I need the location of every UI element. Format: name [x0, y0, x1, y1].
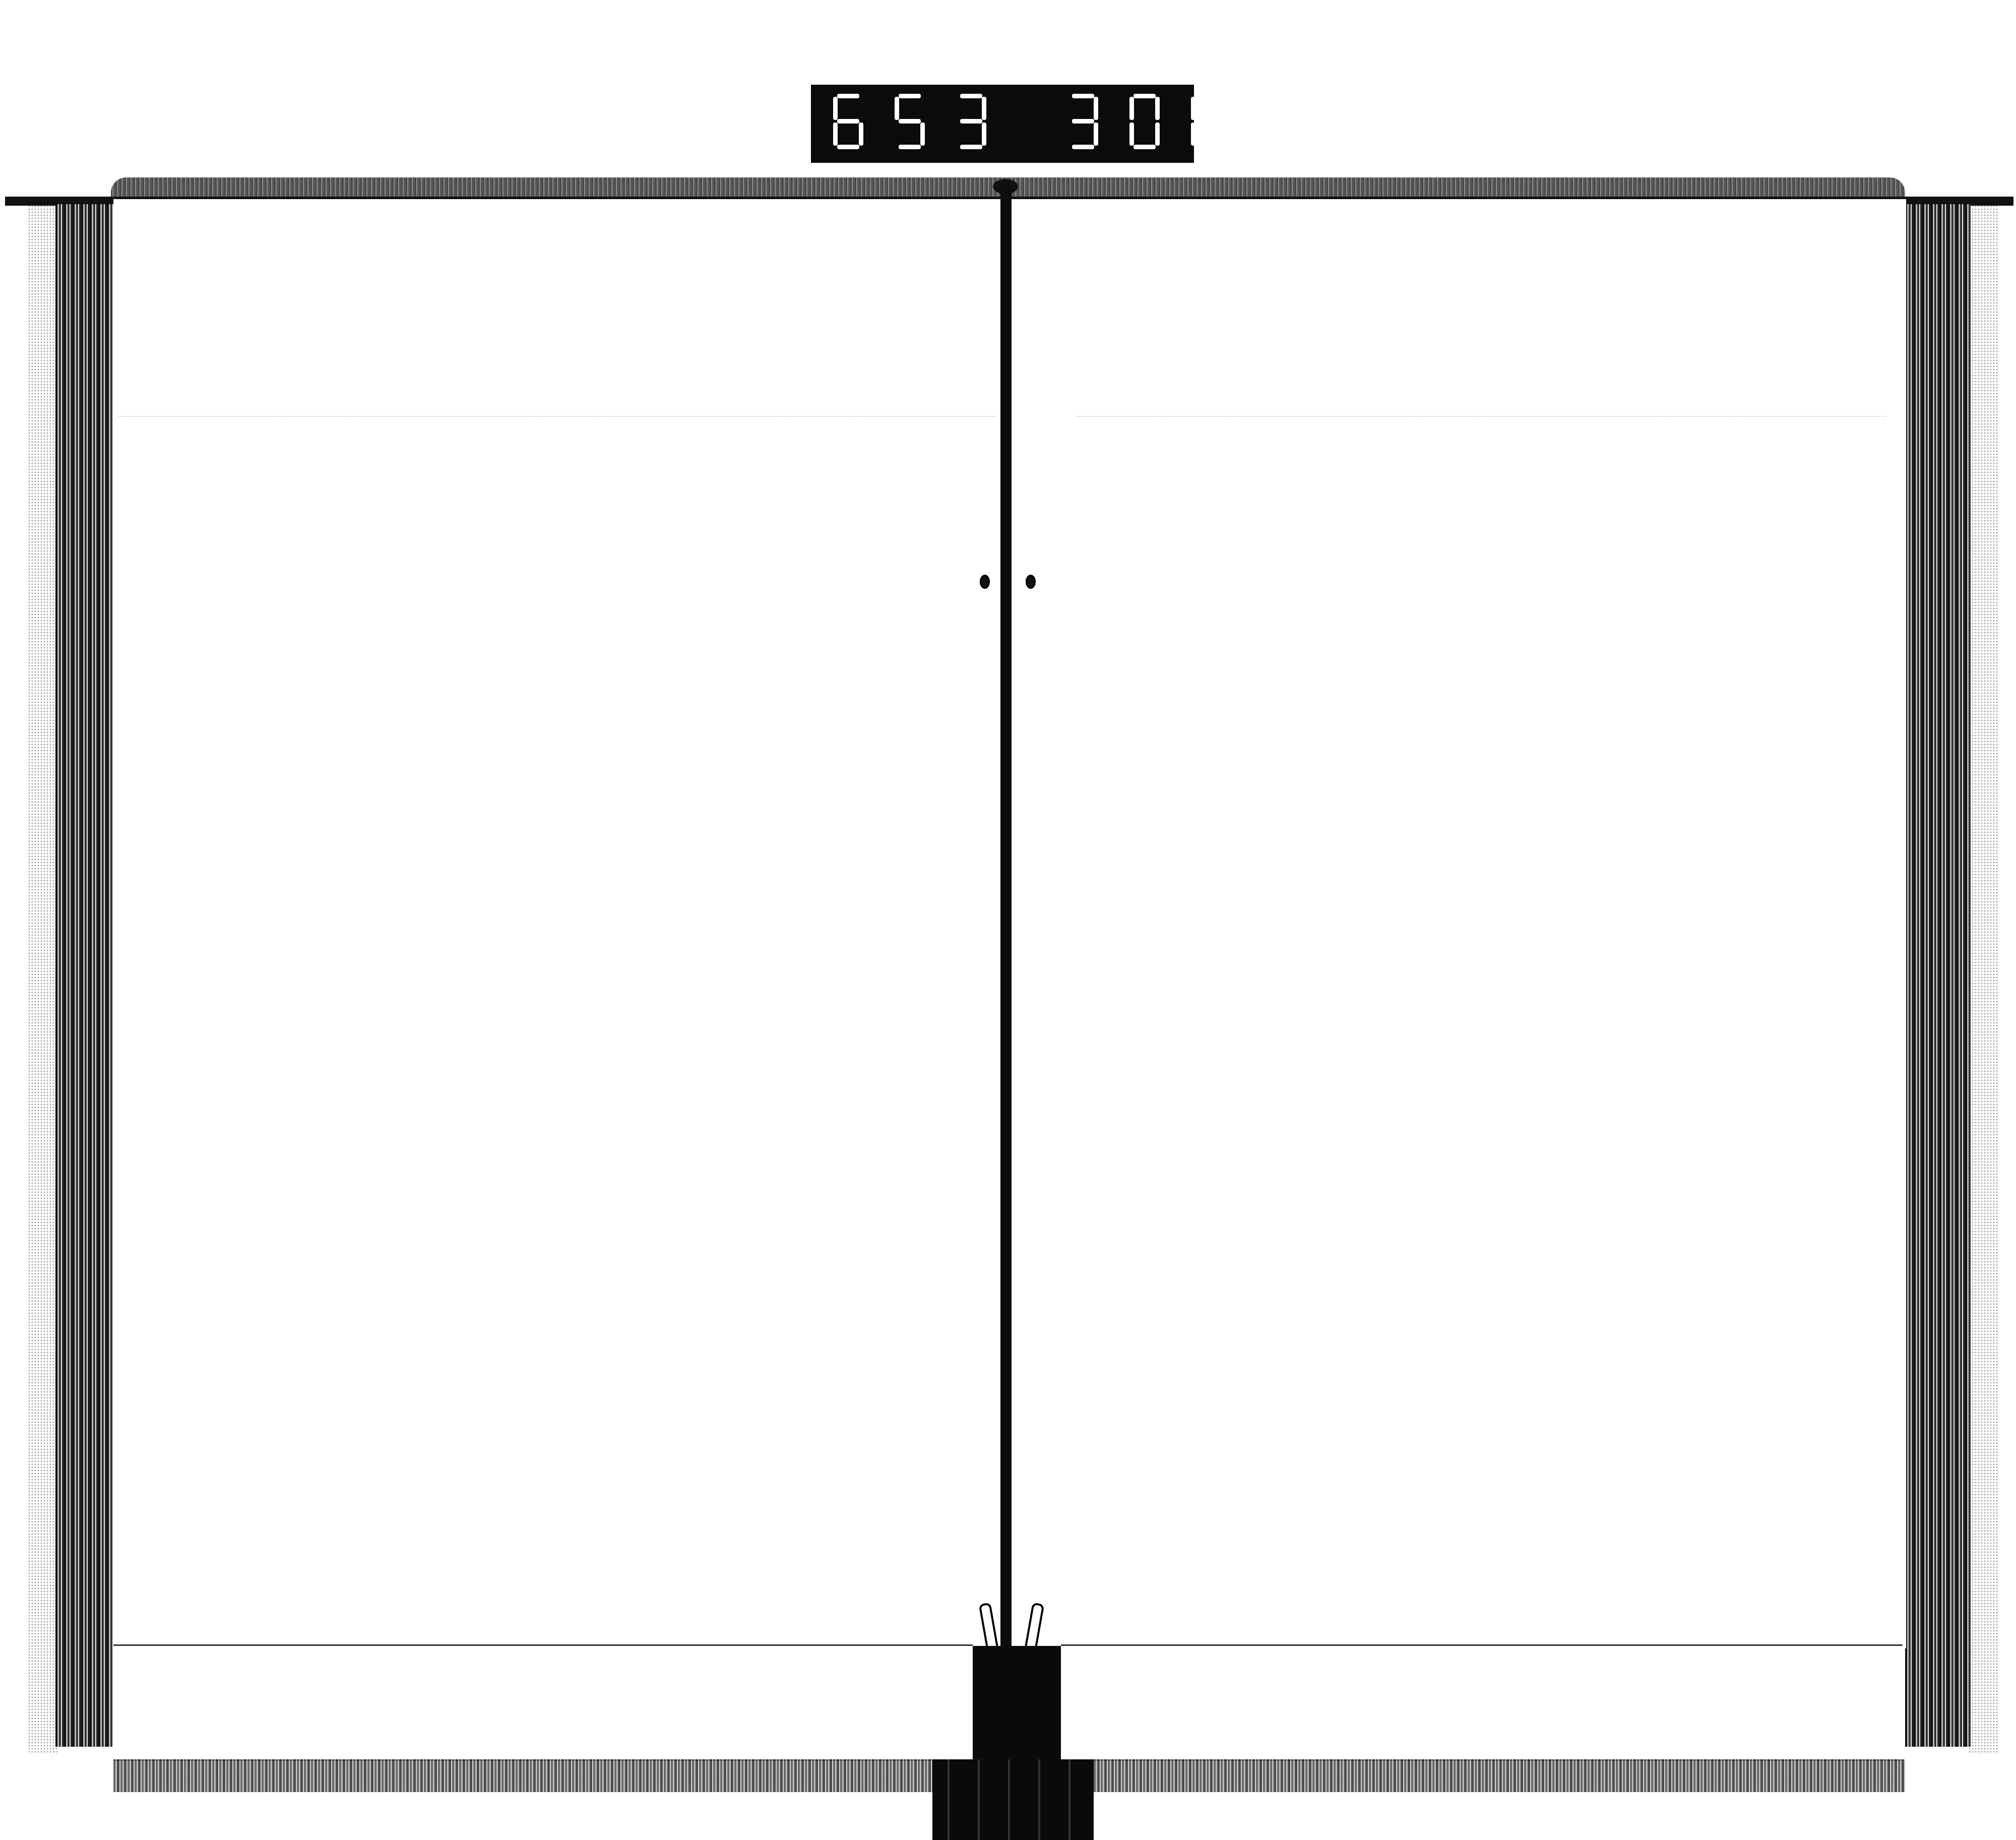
left-page-faint-rule	[118, 416, 995, 417]
book-stand	[932, 1759, 1094, 1840]
right-bottom-edge	[1094, 1759, 1905, 1792]
seven-segment-digit	[1128, 94, 1161, 149]
reel-frame-label: 653 308.	[809, 85, 1194, 163]
seven-segment-digit	[832, 94, 864, 149]
left-bottom-edge	[113, 1759, 932, 1792]
right-page	[1011, 199, 1906, 1648]
left-edge-shadow	[28, 202, 58, 1754]
binding-stitch-right-icon	[1026, 575, 1036, 589]
label-right-number	[1067, 94, 1222, 149]
seven-segment-digit	[894, 94, 926, 149]
left-fore-edge	[55, 204, 116, 1747]
right-lower-board	[1061, 1644, 1903, 1761]
seven-segment-digit	[955, 94, 987, 149]
book-gutter	[1000, 184, 1012, 1671]
right-fore-edge	[1905, 204, 1971, 1747]
left-lower-board	[113, 1644, 973, 1761]
right-edge-shadow	[1968, 202, 1998, 1754]
right-page-faint-rule	[1077, 416, 1886, 417]
scanned-page: 653 308.	[0, 0, 2016, 1840]
binding-stitch-left-icon	[980, 575, 990, 589]
left-page	[113, 199, 1001, 1648]
spine-foot	[973, 1646, 1061, 1759]
label-left-number	[832, 94, 987, 149]
seven-segment-digit	[1190, 94, 1222, 149]
seven-segment-digit	[1067, 94, 1099, 149]
